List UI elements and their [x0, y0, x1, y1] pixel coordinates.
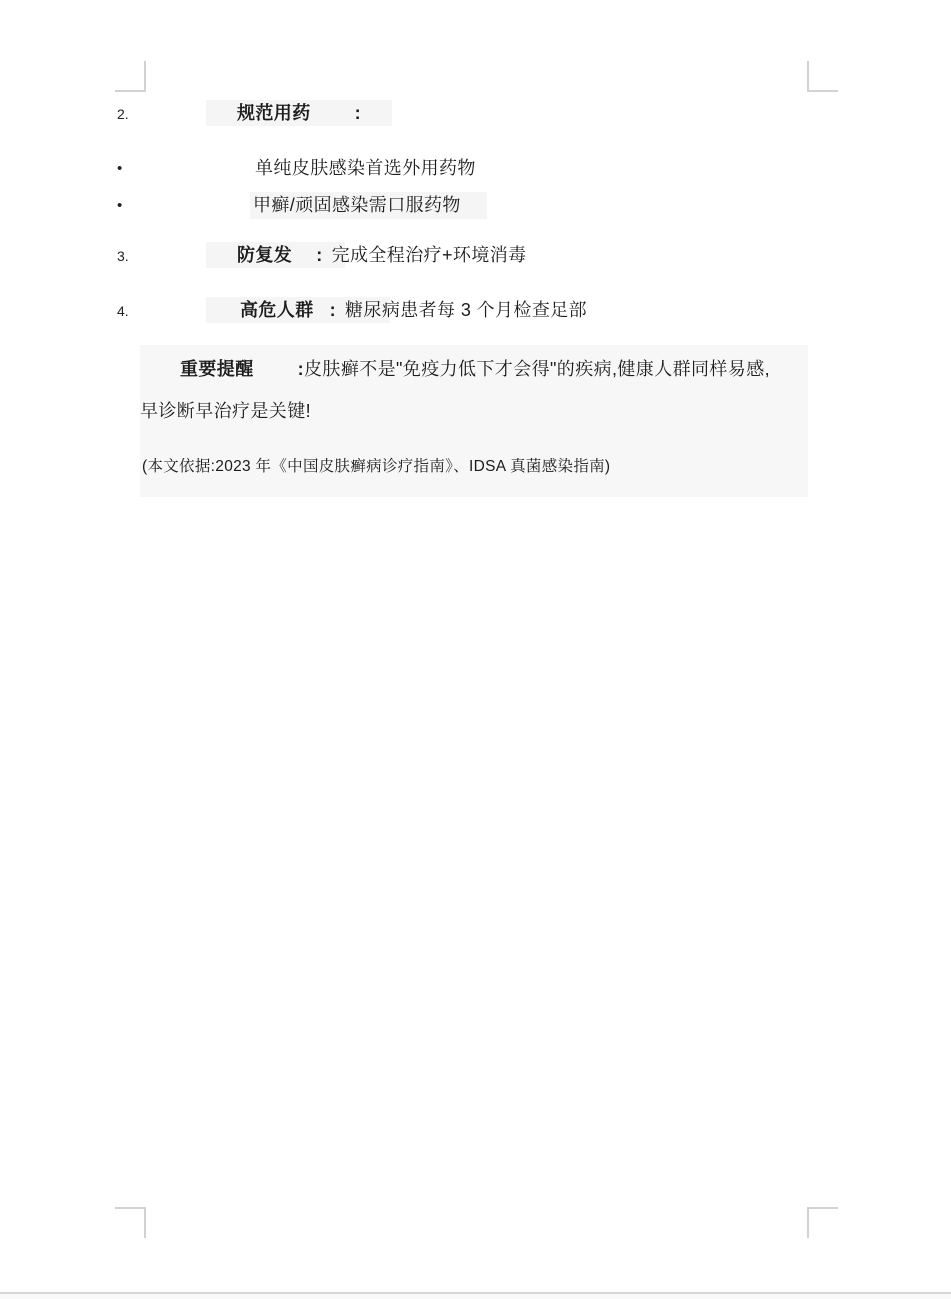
item4-colon: : — [330, 300, 336, 320]
item4-text: 糖尿病患者每 3 个月检查足部 — [345, 300, 587, 320]
citation-line: (本文依据:2023 年《中国皮肤癣病诊疗指南》、IDSA 真菌感染指南) — [142, 454, 610, 480]
item4-line: 高危人群:糖尿病患者每 3 个月检查足部 — [240, 297, 587, 323]
note-text-2: 早诊断早治疗是关键! — [140, 401, 311, 421]
bullet1-text: 单纯皮肤感染首选外用药物 — [255, 158, 476, 178]
page-bottom-strip — [0, 1294, 951, 1299]
note-title: 重要提醒 — [180, 359, 254, 379]
bullet2-text: 甲癣/顽固感染需口服药物 — [253, 195, 461, 215]
item3-title: 防复发 — [237, 245, 292, 265]
citation-text: (本文依据:2023 年《中国皮肤癣病诊疗指南》、IDSA 真菌感染指南) — [142, 458, 610, 475]
note-line-2: 早诊断早治疗是关键! — [140, 398, 311, 424]
document-page: 2. 规范用药: • 单纯皮肤感染首选外用药物 • 甲癣/顽固感染需口服药物 3… — [0, 0, 951, 1299]
note-line-1: 重要提醒:皮肤癣不是"免疫力低下才会得"的疾病,健康人群同样易感, — [180, 356, 770, 382]
item2-line: 规范用药: — [237, 100, 361, 126]
crop-mark-bottom-right-icon — [807, 1207, 838, 1238]
bullet1-line: 单纯皮肤感染首选外用药物 — [255, 155, 476, 181]
bullet2-icon: • — [117, 196, 122, 216]
item3-text: 完成全程治疗+环境消毒 — [332, 245, 527, 265]
item3-line: 防复发:完成全程治疗+环境消毒 — [237, 242, 527, 268]
bullet2-line: 甲癣/顽固感染需口服药物 — [253, 192, 461, 218]
crop-mark-top-left-icon — [115, 61, 146, 92]
item2-number: 2. — [117, 104, 129, 124]
item2-title: 规范用药 — [237, 103, 311, 123]
bullet1-icon: • — [117, 159, 122, 179]
note-text-1: 皮肤癣不是"免疫力低下才会得"的疾病,健康人群同样易感, — [304, 359, 770, 379]
item3-number: 3. — [117, 246, 129, 266]
crop-mark-bottom-left-icon — [115, 1207, 146, 1238]
item2-colon: : — [355, 103, 361, 123]
item4-title: 高危人群 — [240, 300, 314, 320]
item4-number: 4. — [117, 301, 129, 321]
item3-colon: : — [316, 245, 322, 265]
crop-mark-top-right-icon — [807, 61, 838, 92]
